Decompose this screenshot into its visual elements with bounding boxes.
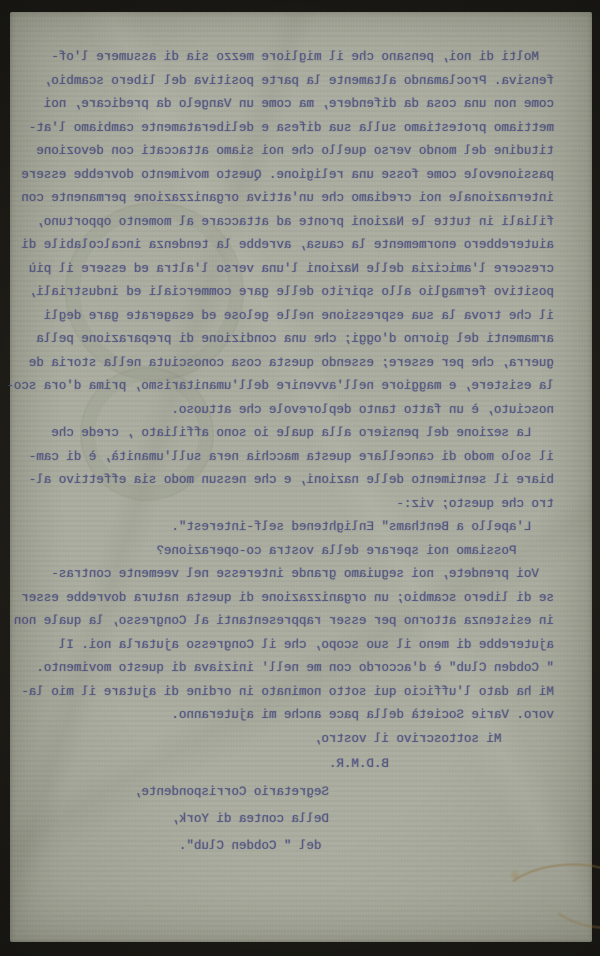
scanner-bed-background: Molti di noi, pensano che il migliore me… bbox=[0, 0, 600, 956]
typewritten-line: titudine del mondo verso quello che noi … bbox=[26, 140, 554, 164]
typewritten-line: in esistenza attorno per esser rappresen… bbox=[26, 610, 554, 634]
mirrored-text-layer: Molti di noi, pensano che il migliore me… bbox=[10, 12, 592, 942]
typewritten-line: se di libero scambio; un organizzazione … bbox=[26, 587, 554, 611]
paper-sheet: Molti di noi, pensano che il migliore me… bbox=[10, 12, 592, 942]
typewritten-line: filiali in tutte le Nazioni pronte ad at… bbox=[26, 211, 554, 235]
typewritten-line: armamenti del giorno d'oggi; che una con… bbox=[26, 328, 554, 352]
typewritten-line: mettiamo protestiamo sulla sua difesa e … bbox=[26, 117, 554, 141]
typewritten-line: voro. Varie Società della pace anche mi … bbox=[26, 704, 554, 728]
typewritten-line: ajuterebbe di meno il suo scopo, che il … bbox=[26, 634, 554, 658]
typewritten-line: tro che questo; viz:- bbox=[26, 493, 554, 517]
typewritten-line: internazionale noi crediamo che un'attiv… bbox=[26, 187, 554, 211]
typewritten-line: Molti di noi, pensano che il migliore me… bbox=[26, 46, 554, 70]
typewritten-line: La sezione del pensiero alla quale io so… bbox=[26, 422, 554, 446]
typewritten-line: L'apello a Benthams" Enlightened self-in… bbox=[26, 516, 554, 540]
typewritten-line: Possiamo noi sperare della vostra co-ope… bbox=[26, 540, 554, 564]
typewritten-line: la esistere, e maggiore nell'avvenire de… bbox=[26, 375, 554, 399]
typewritten-line: guerra, che per essere; essendo questa c… bbox=[26, 352, 554, 376]
typewritten-text-block: Molti di noi, pensano che il migliore me… bbox=[26, 46, 554, 858]
typewritten-line: B.D.M.R. bbox=[26, 753, 554, 777]
typewritten-line: Mi ha dato l'ufficio qui sotto nominato … bbox=[26, 681, 554, 705]
typewritten-line: Segretario Corrispondente, bbox=[26, 781, 554, 805]
typewritten-line: nosciuto, è un fatto tanto deplorevole c… bbox=[26, 399, 554, 423]
typewritten-line: Della contea di York, bbox=[26, 808, 554, 832]
typewritten-line: il che trova la sua espressione nelle ge… bbox=[26, 305, 554, 329]
typewritten-line: aiuterebbero enormemente la causa, avreb… bbox=[26, 234, 554, 258]
typewritten-line: " Cobden Club" è d'accordo con me nell' … bbox=[26, 657, 554, 681]
typewritten-line: Mi sottoscrivo il vostro, bbox=[26, 728, 554, 752]
typewritten-line: come non una cosa da difendere, ma come … bbox=[26, 93, 554, 117]
typewritten-line: Voi prendete, noi seguiamo grande intere… bbox=[26, 563, 554, 587]
typewritten-line: fensiva. Proclamando altamente la parte … bbox=[26, 70, 554, 94]
typewritten-line: biare il sentimento delle nazioni, e che… bbox=[26, 469, 554, 493]
typewritten-line: crescere l'amicizia delle Nazioni l'una … bbox=[26, 258, 554, 282]
typewritten-line: il solo modo di cancellare questa macchi… bbox=[26, 446, 554, 470]
typewritten-line: del " Cobden Club". bbox=[26, 835, 554, 859]
typewritten-line: positivo fermaglio allo spirito delle ga… bbox=[26, 281, 554, 305]
typewritten-line: passionevole come fosse una religione. Q… bbox=[26, 164, 554, 188]
